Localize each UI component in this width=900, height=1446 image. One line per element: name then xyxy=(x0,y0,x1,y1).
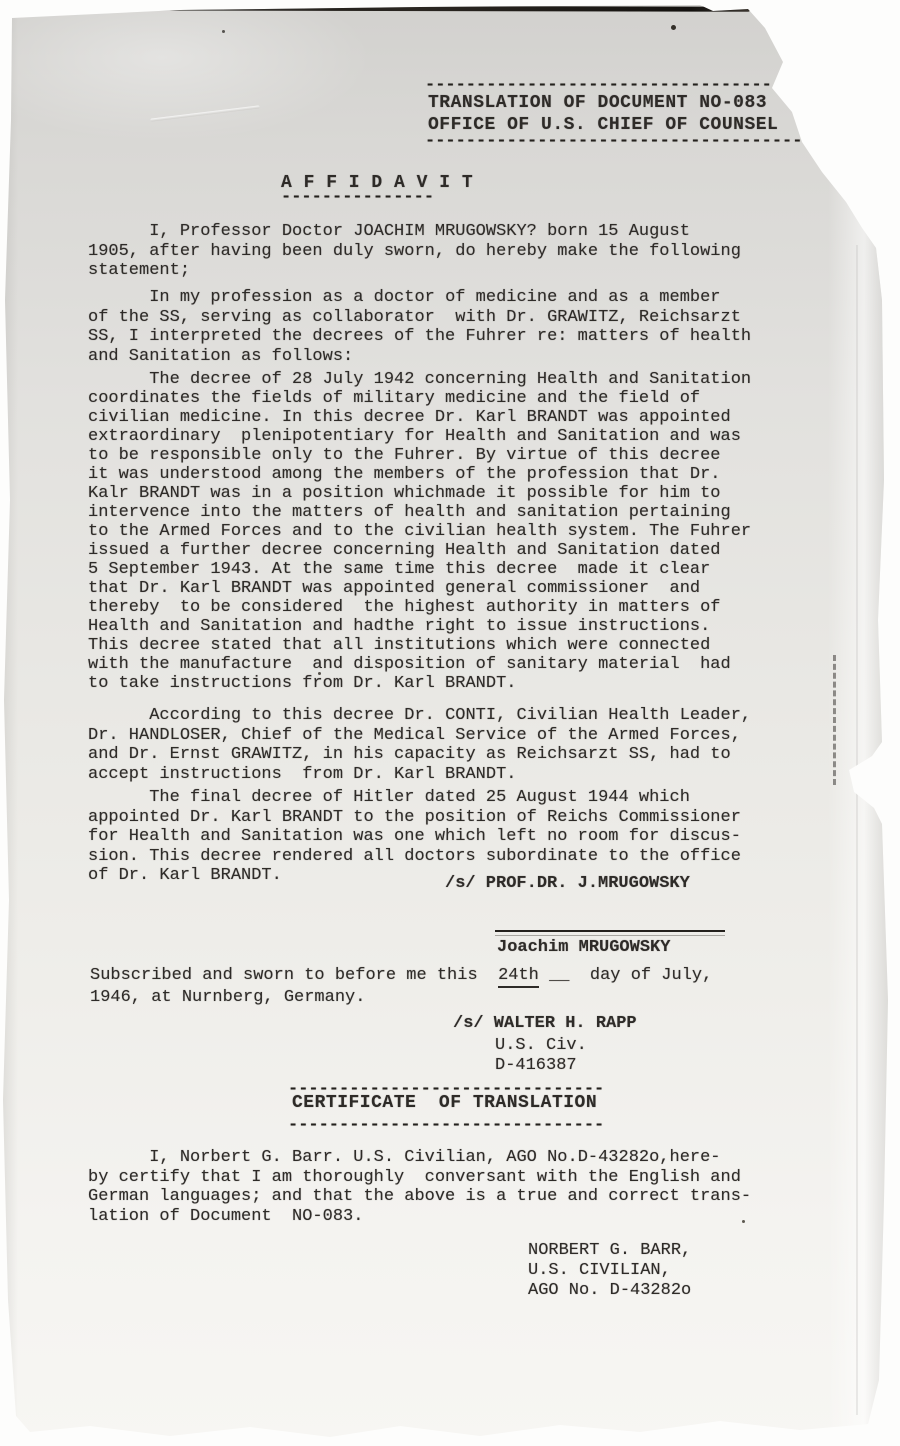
translator-name: NORBERT G. BARR, xyxy=(528,1241,691,1262)
officer-signature: /s/ WALTER H. RAPP xyxy=(453,1014,637,1034)
sworn-statement-line2: 1946, at Nurnberg, Germany. xyxy=(90,988,365,1008)
sworn-day-value: 24th xyxy=(498,966,539,988)
ink-specks xyxy=(222,30,225,33)
right-edge-shadow xyxy=(856,245,858,1415)
sworn-statement-line1: Subscribed and sworn to before me this 2… xyxy=(90,966,850,986)
officer-title: U.S. Civ. xyxy=(495,1036,587,1056)
scanned-document-screenshot: { "document": { "header": { "rule_top": … xyxy=(0,0,900,1446)
page-top-edge-line xyxy=(14,5,750,12)
translator-title: U.S. CIVILIAN, xyxy=(528,1261,671,1282)
certificate-title: CERTIFICATE OF TRANSLATION xyxy=(292,1094,597,1114)
paragraph-4: According to this decree Dr. CONTI, Civi… xyxy=(88,706,836,784)
paragraph-3: The decree of 28 July 1942 concerning He… xyxy=(88,370,836,693)
signature-rule xyxy=(495,930,725,936)
paper-crease xyxy=(150,105,260,121)
affidavit-title-underline: --------------- xyxy=(281,188,434,208)
scanned-page: -------------------------------------- T… xyxy=(0,0,900,1446)
deponent-signature: /s/ PROF.DR. J.MRUGOWSKY xyxy=(445,874,690,894)
certificate-body: I, Norbert G. Barr. U.S. Civilian, AGO N… xyxy=(88,1148,836,1226)
certificate-rule-bottom: ------------------------------- xyxy=(288,1116,604,1136)
header-rule-bottom: -------------------------------------- xyxy=(425,132,813,152)
paragraph-1: I, Professor Doctor JOACHIM MRUGOWSKY? b… xyxy=(88,222,833,281)
sworn-pre-text: Subscribed and sworn to before me this xyxy=(90,966,498,985)
paragraph-2: In my profession as a doctor of medicine… xyxy=(88,288,833,366)
paragraph-5: The final decree of Hitler dated 25 Augu… xyxy=(88,788,836,886)
translator-id: AGO No. D-43282o xyxy=(528,1281,691,1302)
header-line1: TRANSLATION OF DOCUMENT NO-083 xyxy=(428,92,767,114)
officer-id: D-416387 xyxy=(495,1056,577,1076)
sworn-post-text: __ day of July, xyxy=(539,966,712,985)
deponent-name: Joachim MRUGOWSKY xyxy=(497,938,670,958)
